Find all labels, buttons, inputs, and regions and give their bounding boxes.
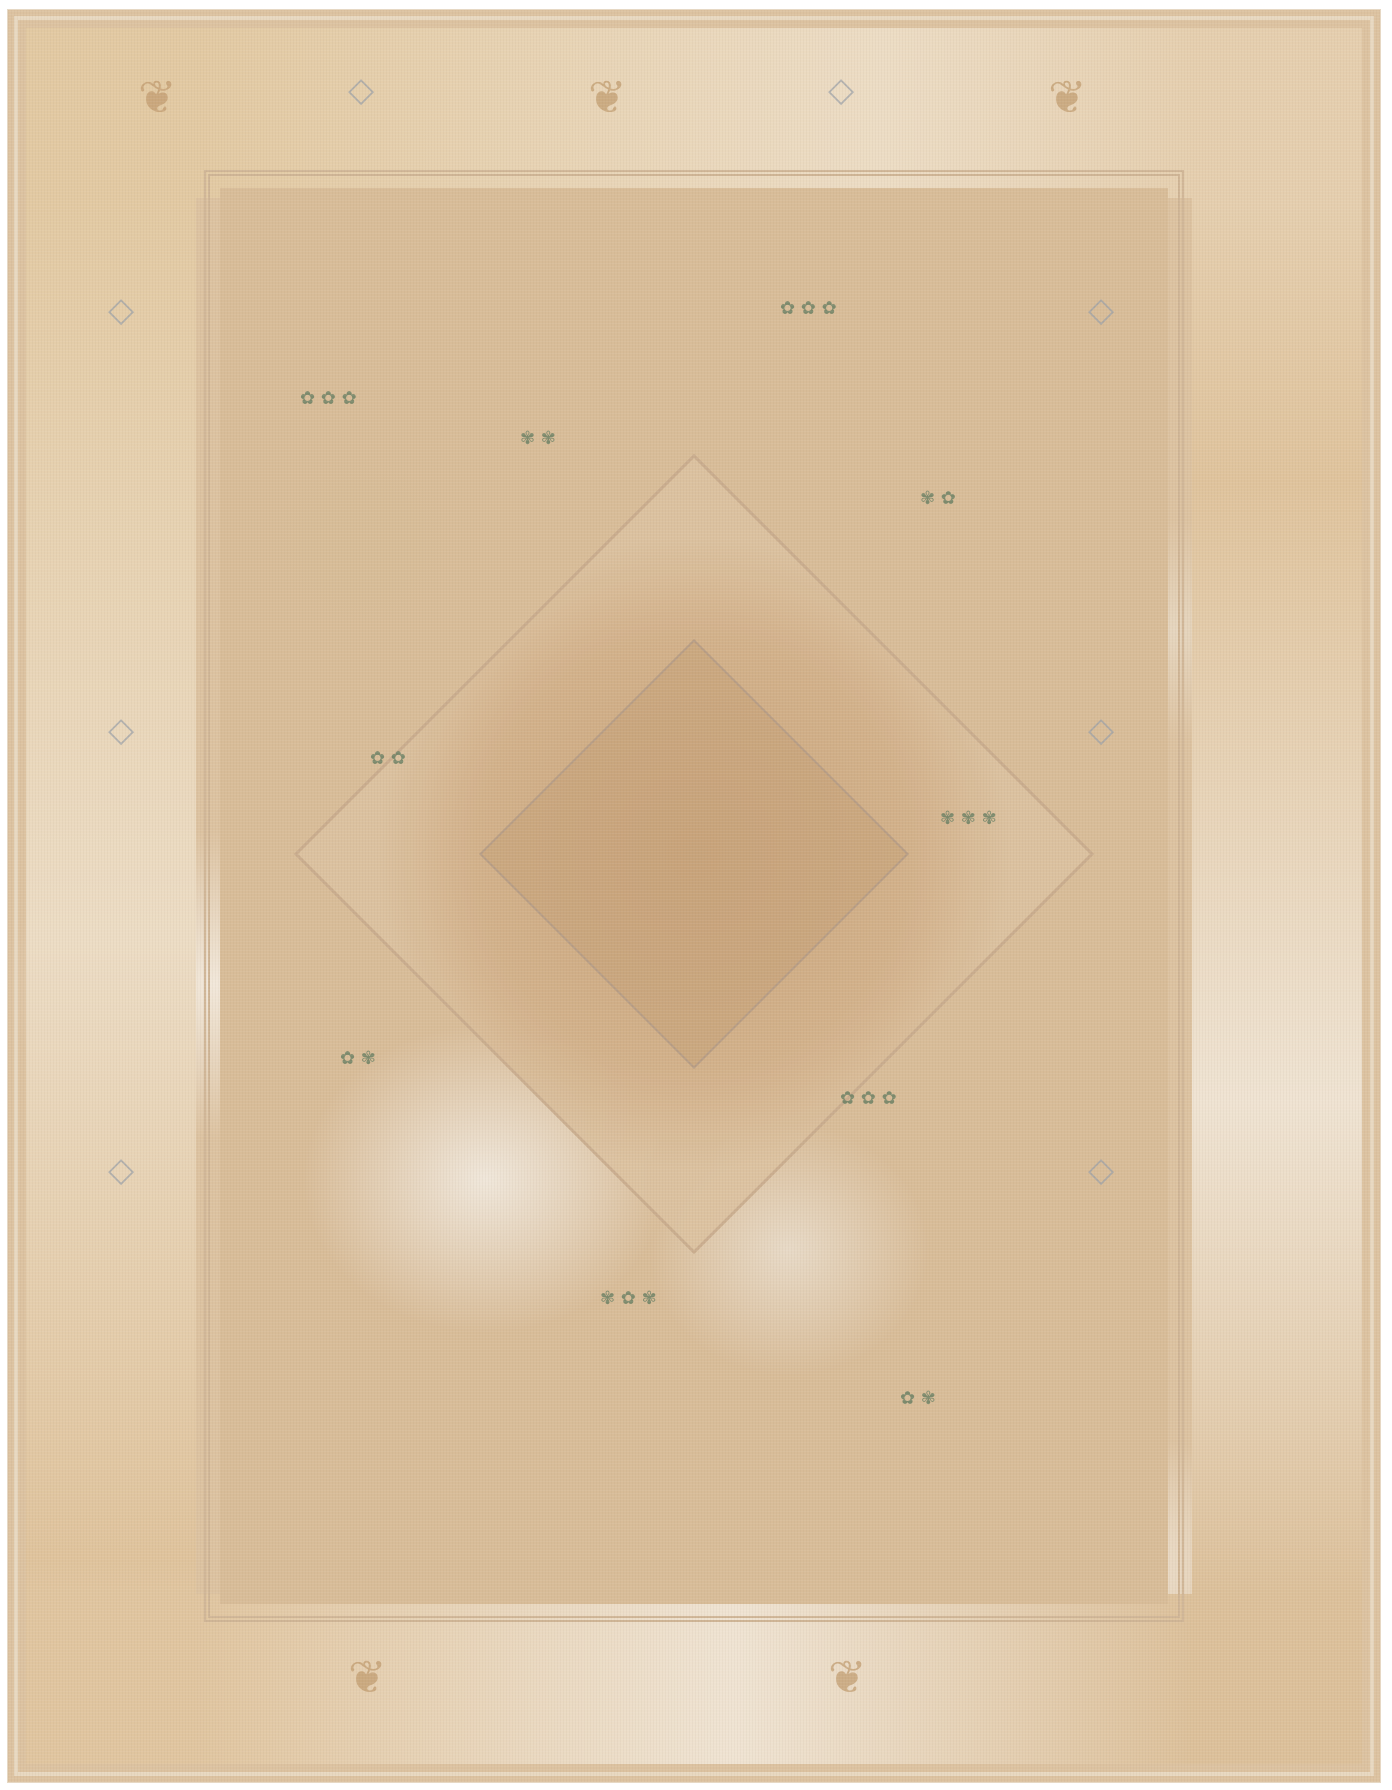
floral-motif: ✾ ✿ ✾ [600, 1288, 657, 1309]
floral-motif: ✿ ✿ [370, 748, 406, 769]
diamond-motif: ◇ [1088, 710, 1114, 750]
boteh-motif: ❦ [1048, 70, 1087, 124]
boteh-motif: ❦ [588, 70, 627, 124]
boteh-motif: ❦ [828, 1650, 867, 1704]
floral-motif: ✾ ✿ [920, 488, 956, 509]
diamond-motif: ◇ [1088, 1150, 1114, 1190]
floral-motif: ✿ ✾ [340, 1048, 376, 1069]
floral-motif: ✾ ✾ ✾ [940, 808, 997, 829]
diamond-motif: ◇ [108, 710, 134, 750]
floral-motif: ✿ ✿ ✿ [840, 1088, 897, 1109]
floral-motif: ✿ ✿ ✿ [300, 388, 357, 409]
boteh-motif: ❦ [138, 70, 177, 124]
rug-field: ✿ ✿ ✿ ✾ ✾ ✿ ✿ ✿ ✾ ✿ ✿ ✿ ✾ ✾ ✾ ✿ ✾ ✿ ✿ ✿ … [220, 188, 1168, 1604]
diamond-motif: ◇ [348, 70, 374, 110]
diamond-motif: ◇ [108, 1150, 134, 1190]
boteh-motif: ❦ [348, 1650, 387, 1704]
diamond-motif: ◇ [828, 70, 854, 110]
floral-motif: ✾ ✾ [520, 428, 556, 449]
diamond-motif: ◇ [1088, 290, 1114, 330]
diamond-motif: ◇ [108, 290, 134, 330]
floral-motif: ✿ ✾ [900, 1388, 936, 1409]
rug: ✿ ✿ ✿ ✾ ✾ ✿ ✿ ✿ ✾ ✿ ✿ ✿ ✾ ✾ ✾ ✿ ✾ ✿ ✿ ✿ … [8, 10, 1380, 1782]
floral-motif: ✿ ✿ ✿ [780, 298, 837, 319]
